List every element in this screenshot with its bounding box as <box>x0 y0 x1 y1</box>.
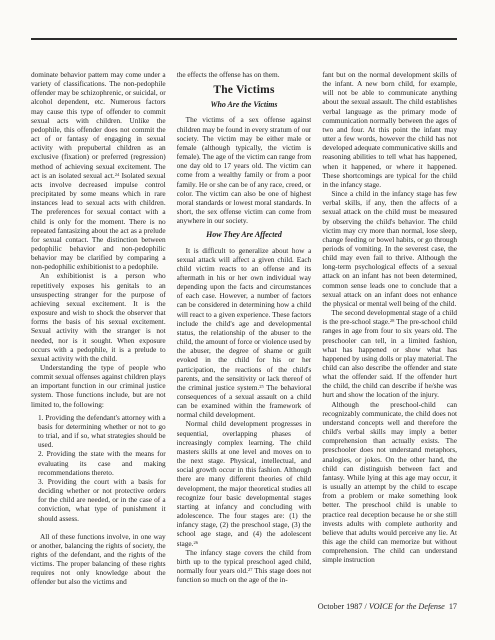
paragraph: fant but on the normal development skill… <box>322 70 457 189</box>
list-item: 1. Providing the defendant's attorney wi… <box>38 413 166 450</box>
subsection-heading: Who Are the Victims <box>177 100 312 109</box>
paragraph-text: Isolated sexual acts involve decreased i… <box>31 171 166 272</box>
column-middle: the effects the offense has on them. The… <box>177 70 312 596</box>
paragraph: Normal child development progresses in s… <box>177 419 312 547</box>
paragraph: Although the preschool-child can recogni… <box>322 400 457 565</box>
paragraph: All of these functions involve, in one w… <box>31 532 166 587</box>
header-rule <box>31 38 457 40</box>
paragraph: Understanding the type of people who com… <box>31 363 166 409</box>
page-footer: October 1987 / VOICE for the Defense17 <box>318 602 457 611</box>
paragraph: An exhibitionist is a person who repetit… <box>31 271 166 363</box>
footer-journal-title: VOICE for the Defense <box>369 602 445 611</box>
section-heading: The Victims <box>177 86 312 95</box>
paragraph: the effects the offense has on them. <box>177 70 312 79</box>
footer-page-number: 17 <box>449 602 457 611</box>
column-left: dominate behavior pattern may come under… <box>31 70 166 596</box>
paragraph: The victims of a sex offense against chi… <box>177 115 312 225</box>
paragraph: It is difficult to generalize about how … <box>177 246 312 420</box>
footnote-ref: 26 <box>193 540 198 545</box>
paragraph-text: dominate behavior pattern may come under… <box>31 70 166 180</box>
paragraph: The second developmental stage of a chil… <box>322 308 457 400</box>
column-right: fant but on the normal development skill… <box>322 70 457 596</box>
paragraph-text: Normal child development progresses in s… <box>177 419 312 547</box>
paragraph: dominate behavior pattern may come under… <box>31 70 166 271</box>
footer-issue: October 1987 / <box>318 602 369 611</box>
paragraph: The infancy stage covers the child from … <box>177 548 312 585</box>
paragraph: Since a child in the infancy stage has f… <box>322 189 457 308</box>
document-page: dominate behavior pattern may come under… <box>0 0 495 640</box>
list-item: 2. Providing the state with the means fo… <box>38 449 166 476</box>
article-body: dominate behavior pattern may come under… <box>31 70 457 596</box>
paragraph-text: It is difficult to generalize about how … <box>177 246 312 392</box>
numbered-list: 1. Providing the defendant's attorney wi… <box>31 413 166 523</box>
paragraph-text: The pre-school child ranges in age from … <box>322 317 457 399</box>
list-item: 3. Providing the court with a basis for … <box>38 477 166 523</box>
subsection-heading: How They Are Affected <box>177 230 312 239</box>
